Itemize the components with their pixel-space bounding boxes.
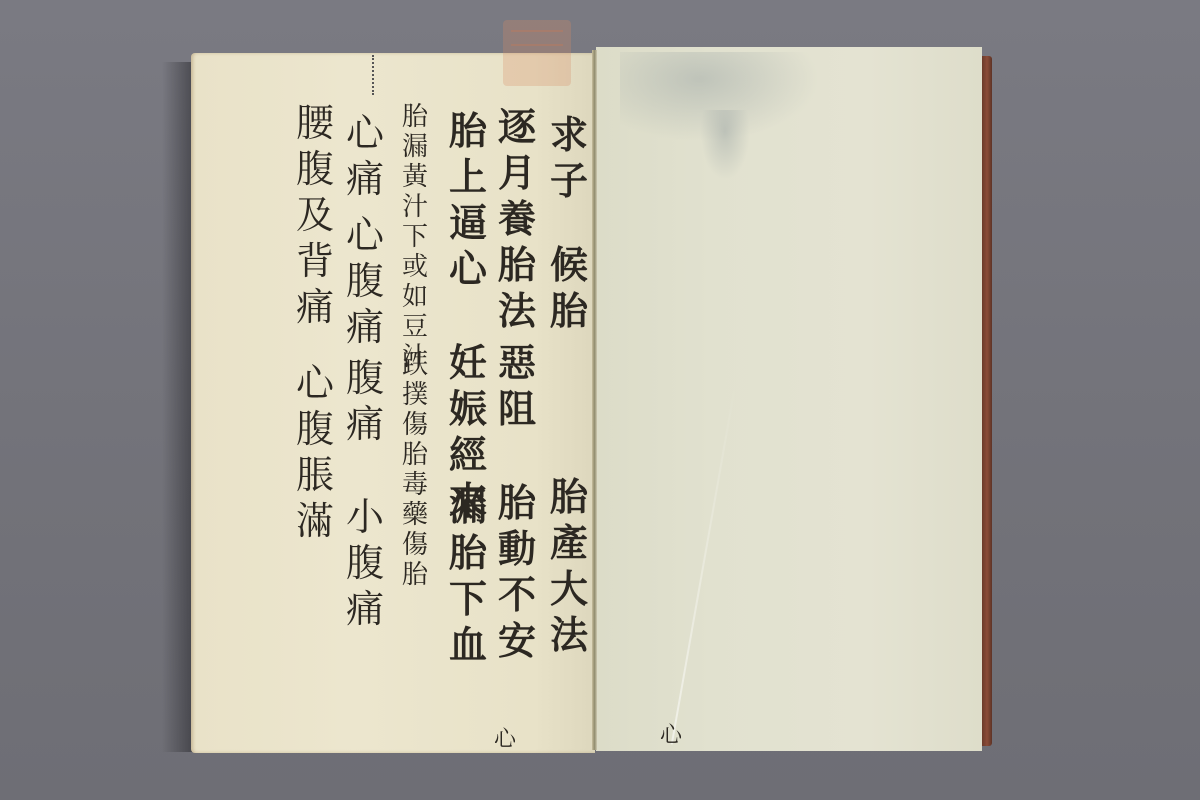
heading-text: 逐 <box>494 104 540 150</box>
open-book: 求 子 候 胎 胎 產 大 法 逐 月 養 胎 法 惡 阻 胎 動 不 安 胎 … <box>0 0 1200 800</box>
text-column-5c: 腹 痛 <box>342 355 388 447</box>
heading-text: 血 <box>445 622 491 668</box>
text-column-1: 求 子 <box>546 112 592 204</box>
heading-text: 腹 <box>342 258 388 304</box>
heading-text: 痛 <box>342 304 388 350</box>
heading-text: 腹 <box>292 146 338 192</box>
heading-text: 胎 <box>546 288 592 334</box>
heading-text: 安 <box>494 618 540 664</box>
heading-text: 妊 <box>445 340 491 386</box>
heading-text: 脹 <box>292 452 338 498</box>
annotation-text: 跌 <box>400 350 430 380</box>
right-page <box>596 47 982 751</box>
annotation-text: 豆 <box>400 312 430 342</box>
heading-text: 惡 <box>494 340 540 386</box>
book-gutter <box>592 50 597 750</box>
annotation-text: 傷 <box>400 410 430 440</box>
text-column-2: 逐 月 養 胎 法 <box>494 104 540 334</box>
bottom-mark-left: 心 <box>494 722 516 753</box>
margin-mark <box>372 55 376 95</box>
heading-text: 胎 <box>494 480 540 526</box>
heading-text: 胎 <box>494 242 540 288</box>
heading-text: 不 <box>494 572 540 618</box>
annotation-text: 撲 <box>400 380 430 410</box>
heading-text: 腹 <box>292 406 338 452</box>
annotation-text: 胎 <box>400 440 430 470</box>
text-column-3c: 漏 胎 下 血 <box>445 484 491 668</box>
heading-text: 動 <box>494 526 540 572</box>
heading-text: 心 <box>342 212 388 258</box>
heading-text: 腰 <box>292 100 338 146</box>
heading-text: 上 <box>445 154 491 200</box>
text-column-4: 胎 漏 黃 汁 下 或 如 豆 汁 <box>400 102 430 372</box>
heading-text: 心 <box>445 246 491 292</box>
heading-text: 心 <box>292 360 338 406</box>
heading-text: 背 <box>292 238 338 284</box>
annotation-text: 如 <box>400 282 430 312</box>
heading-text: 小 <box>342 494 388 540</box>
heading-text: 阻 <box>494 386 540 432</box>
heading-text: 腹 <box>342 355 388 401</box>
heading-text: 下 <box>445 576 491 622</box>
heading-text: 滿 <box>292 498 338 544</box>
heading-text: 法 <box>546 612 592 658</box>
heading-text: 求 <box>546 112 592 158</box>
heading-text: 心 <box>342 110 388 156</box>
annotation-text: 汁 <box>400 192 430 222</box>
heading-text: 腹 <box>342 540 388 586</box>
heading-text: 養 <box>494 196 540 242</box>
heading-text: 子 <box>546 158 592 204</box>
text-column-2c: 胎 動 不 安 <box>494 480 540 664</box>
heading-text: 胎 <box>445 530 491 576</box>
annotation-text: 胎 <box>400 560 430 590</box>
heading-text: 娠 <box>445 386 491 432</box>
heading-text: 痛 <box>342 586 388 632</box>
text-column-6: 腰 腹 及 背 痛 <box>292 100 338 330</box>
heading-text: 候 <box>546 242 592 288</box>
cover-edge <box>982 56 992 746</box>
text-column-6b: 心 腹 脹 滿 <box>292 360 338 544</box>
heading-text: 月 <box>494 150 540 196</box>
annotation-text: 胎 <box>400 102 430 132</box>
bottom-mark-right: 心 <box>660 718 682 749</box>
heading-text: 產 <box>546 520 592 566</box>
heading-text: 痛 <box>292 284 338 330</box>
annotation-text: 下 <box>400 222 430 252</box>
text-column-1c: 胎 產 大 法 <box>546 474 592 658</box>
heading-text: 及 <box>292 192 338 238</box>
heading-text: 漏 <box>445 484 491 530</box>
heading-text: 經 <box>445 432 491 478</box>
heading-text: 胎 <box>445 108 491 154</box>
text-column-1b: 候 胎 <box>546 242 592 334</box>
text-column-2b: 惡 阻 <box>494 340 540 432</box>
annotation-text: 漏 <box>400 132 430 162</box>
text-column-3: 胎 上 逼 心 <box>445 108 491 292</box>
text-column-5: 心 痛 <box>342 110 388 202</box>
annotation-text: 傷 <box>400 530 430 560</box>
annotation-text: 藥 <box>400 500 430 530</box>
heading-text: 逼 <box>445 200 491 246</box>
annotation-text: 黃 <box>400 162 430 192</box>
heading-text: 痛 <box>342 401 388 447</box>
heading-text: 痛 <box>342 156 388 202</box>
annotation-text: 毒 <box>400 470 430 500</box>
heading-text: 法 <box>494 288 540 334</box>
text-column-5b: 心 腹 痛 <box>342 212 388 350</box>
watermark-stamp <box>503 20 571 86</box>
text-column-4b: 跌 撲 傷 胎 毒 藥 傷 胎 <box>400 350 430 590</box>
text-column-5d: 小 腹 痛 <box>342 494 388 632</box>
heading-text: 大 <box>546 566 592 612</box>
annotation-text: 或 <box>400 252 430 282</box>
heading-text: 胎 <box>546 474 592 520</box>
water-stain <box>700 110 750 180</box>
book-shadow <box>162 62 192 752</box>
